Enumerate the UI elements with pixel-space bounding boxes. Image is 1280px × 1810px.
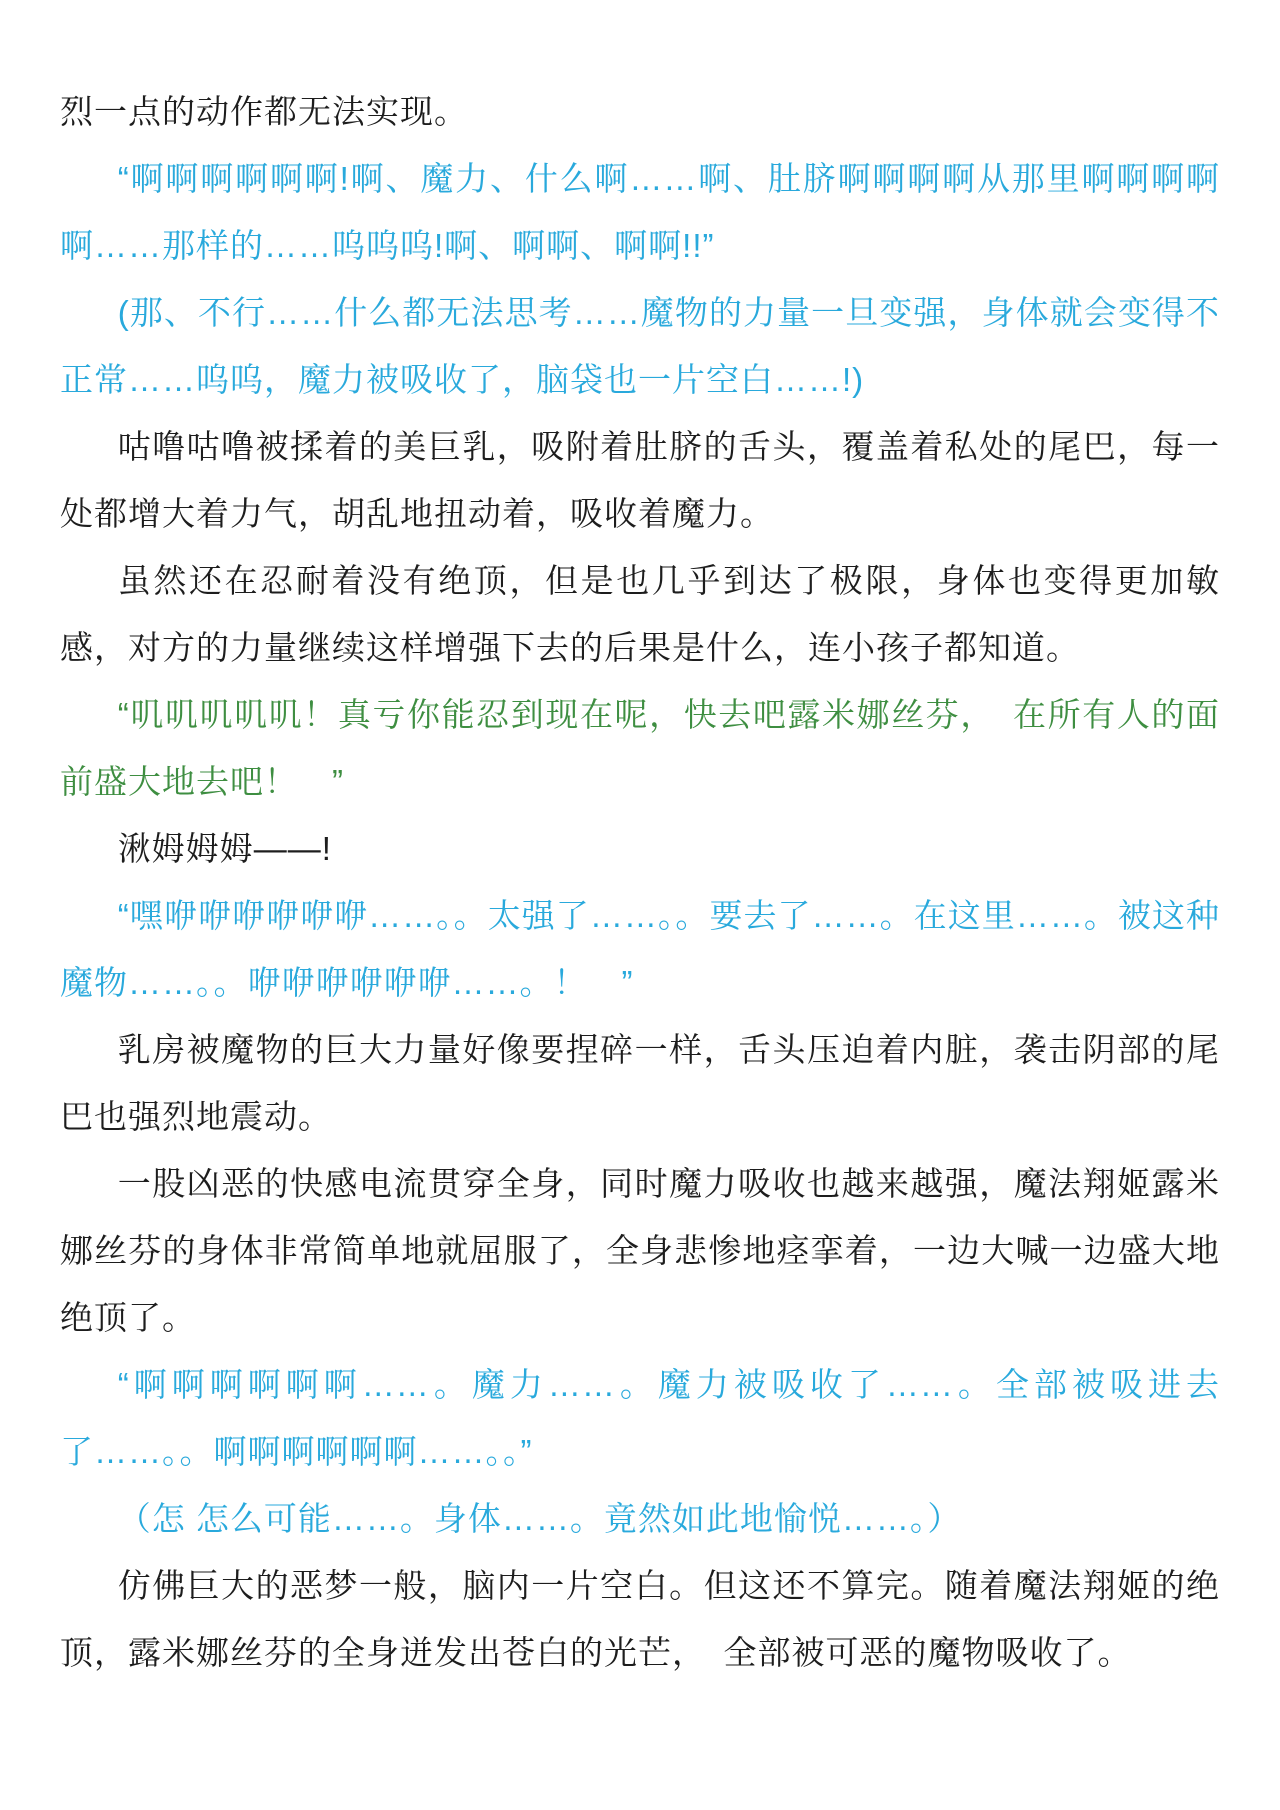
paragraph: 虽然还在忍耐着没有绝顶，但是也几乎到达了极限，身体也变得更加敏感，对方的力量继续…: [60, 547, 1220, 681]
paragraph: 湫姆姆姆——!: [60, 815, 1220, 882]
paragraph: (那、不行……什么都无法思考……魔物的力量一旦变强，身体就会变得不正常……呜呜，…: [60, 279, 1220, 413]
document-page: 烈一点的动作都无法实现。“啊啊啊啊啊啊!啊、魔力、什么啊……啊、肚脐啊啊啊啊从那…: [0, 0, 1280, 1810]
novel-text-body: 烈一点的动作都无法实现。“啊啊啊啊啊啊!啊、魔力、什么啊……啊、肚脐啊啊啊啊从那…: [60, 78, 1220, 1686]
paragraph: “啊啊啊啊啊啊!啊、魔力、什么啊……啊、肚脐啊啊啊啊从那里啊啊啊啊啊……那样的……: [60, 145, 1220, 279]
paragraph: 烈一点的动作都无法实现。: [60, 78, 1220, 145]
paragraph: 咕噜咕噜被揉着的美巨乳，吸附着肚脐的舌头，覆盖着私处的尾巴，每一处都增大着力气，…: [60, 413, 1220, 547]
paragraph: “叽叽叽叽叽！真亏你能忍到现在呢，快去吧露米娜丝芬， 在所有人的面前盛大地去吧！…: [60, 681, 1220, 815]
paragraph: 一股凶恶的快感电流贯穿全身，同时魔力吸收也越来越强，魔法翔姬露米娜丝芬的身体非常…: [60, 1150, 1220, 1351]
paragraph: 乳房被魔物的巨大力量好像要捏碎一样，舌头压迫着内脏，袭击阴部的尾巴也强烈地震动。: [60, 1016, 1220, 1150]
paragraph: 仿佛巨大的恶梦一般，脑内一片空白。但这还不算完。随着魔法翔姬的绝顶，露米娜丝芬的…: [60, 1552, 1220, 1686]
paragraph: “啊啊啊啊啊啊……。魔力……。魔力被吸收了……。全部被吸进去了……。。啊啊啊啊啊…: [60, 1351, 1220, 1485]
paragraph: （怎 怎么可能……。身体……。竟然如此地愉悦……。）: [60, 1485, 1220, 1552]
paragraph: “嘿咿咿咿咿咿咿……。。太强了……。。要去了……。在这里……。被这种魔物……。。…: [60, 882, 1220, 1016]
